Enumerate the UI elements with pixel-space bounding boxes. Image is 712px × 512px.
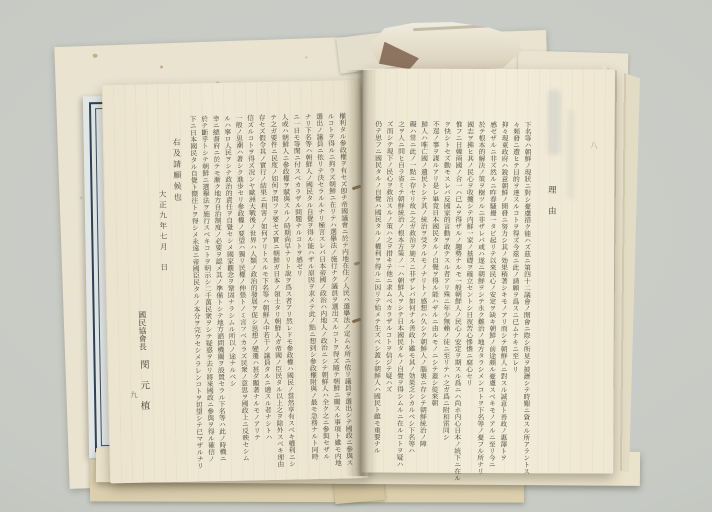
petition-signature: 國民協會長閔元植: [131, 117, 153, 477]
text-column: ズ而シテ現下ノ民心ヲ救治スルノ策ハ之ヲ措キテ他ニ求ムベカラザルコトヲ信ジテ疑ハズ: [381, 121, 394, 477]
fox-spot: [93, 54, 98, 58]
page-right: 理 由 下名等ハ朝鮮ノ現狀ニ對シ憂慮措ク能ハズ茲ニ第四十二議會ノ開會ニ際シ所見ヲ…: [361, 68, 615, 473]
petition-date-text: 大正九年七月: [158, 190, 168, 253]
scrap-crease: [413, 24, 499, 31]
page-number-left: 九: [128, 391, 139, 399]
fox-spot: [305, 56, 308, 58]
text-column: 仍テ思フニ國民タルノ自覺ハ國民タルノ權利ヲ得ルニ因リテ始メテ生ズベシ蓋シ朝鮮人ハ…: [370, 120, 383, 476]
fox-spot: [80, 196, 83, 199]
page-heading: 理 由: [544, 121, 557, 477]
text-column: 抑々現東政府ハ銳意朝鮮ノ開發ニ努力シ其ノ効果稍著シキモノアリ而シテ朝鮮人ニ對スル…: [496, 121, 509, 477]
petition-day: 日: [160, 263, 169, 274]
page-number-right: 八: [589, 141, 600, 149]
text-column: 不逞ノ事ヲ謀ルアリ是レ畢竟日本國民タルノ自覺ヲ得ル能ハザルニ由ルモノニシテ蓋シ從…: [427, 121, 440, 477]
text-column: 惟フニ日韓兩國ノ合一ハ已ムヲ得ザルノ趨勢ナルモ一般朝鮮人ノ民心ノ安定ヲ期スル爲ニ…: [450, 121, 463, 477]
text-column: 於テ根本的解決ノ策ヲ樹ツルニ非ザレバ或ハ遂ニ朝鮮ヲシテ永ク難治ノ地方タラシメンコ…: [473, 121, 486, 477]
left-page-text: 權利タル參政權ヲ有セズ卽チ帝國議會ニ於テ内地在住ノ人民ハ選擧法ノ定ムル所ニ依リ議…: [131, 112, 354, 476]
text-column: ヲ快シトセズ動モスレバ反國家的言動ヲ敢テスル者アリ殊ニ年少無賴ノ徒ニ至リテハ之ガ…: [439, 121, 452, 477]
text-column: 鮮人ハ唯亡國ノ遺民トシテ其ノ統治ヲ受クルモノナリトノ感想ハ久シク朝鮮人ノ腦裏ニ存…: [416, 121, 429, 477]
text-column: 之ヲ人ニ問ヒ自ラ省ミテ朝鮮統治ノ根本方策ノ一ハ朝鮮人ヲシテ日本國民タルノ自覺ヲ得…: [393, 121, 406, 477]
text-column: 感ゼザルニ非ズ然ルニ昨春騷擾一タビ起リテ以來民心ノ安定ヲ缺キ朝鮮ノ前途頗ル憂慮ス…: [485, 121, 498, 477]
text-column: 下名等ハ朝鮮ノ現狀ニ對シ憂慮措ク能ハズ茲ニ第四十二議會ノ開會ニ際シ所見ヲ披瀝シテ…: [519, 121, 532, 477]
right-page-text: 理 由 下名等ハ朝鮮ノ現狀ニ對シ憂慮措ク能ハズ茲ニ第四十二議會ノ開會ニ際シ所見ヲ…: [370, 120, 557, 477]
showthrough-smudge: [566, 109, 574, 199]
text-column: 礙ハ常ニ此ノ一點ニ存セリ故ニ之ガ救治ヲ施スニ非ザレバ如何ナル善政ト雖モ其ノ効果乏…: [404, 121, 417, 477]
signer-title: 國民協會長: [138, 311, 148, 351]
signer-name: 閔元植: [138, 360, 150, 422]
page-left: 權利タル參政權ヲ有セズ卽チ帝國議會ニ於テ内地在住ノ人民ハ選擧法ノ定ムル所ニ依リ議…: [102, 80, 368, 483]
fox-spot: [160, 65, 163, 68]
photo-backdrop: { "photo": { "backdrop_color": "#c7cac4"…: [0, 0, 712, 512]
